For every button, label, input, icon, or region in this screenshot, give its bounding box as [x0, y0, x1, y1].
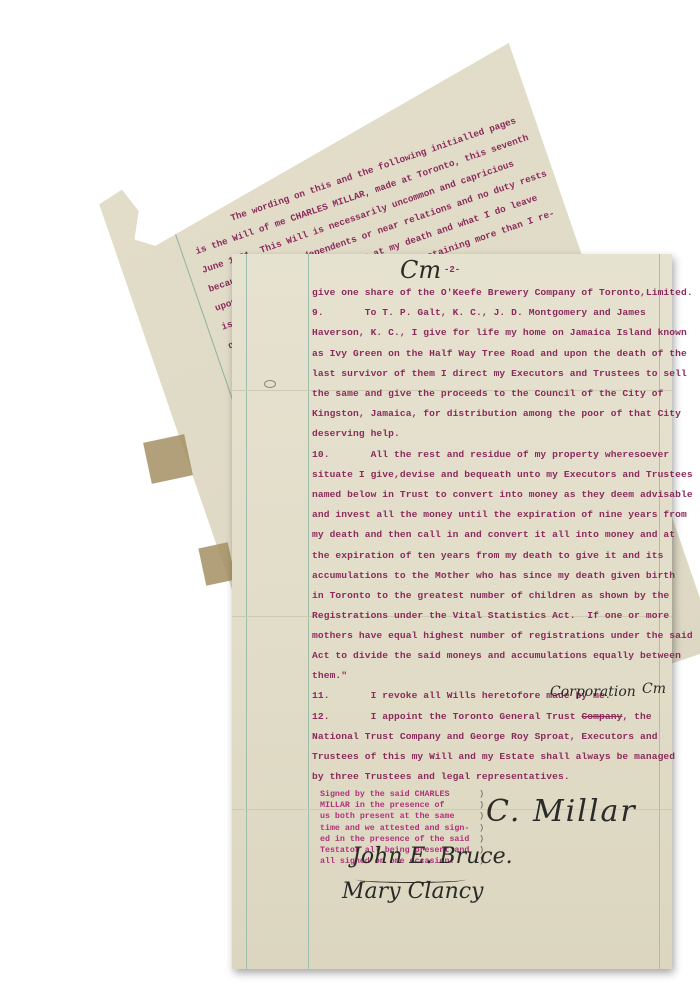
attestation-line: MILLAR in the presence of [320, 800, 469, 811]
page2-line: Registrations under the Vital Statistics… [312, 610, 669, 621]
amendment-initials: Cm [642, 681, 666, 697]
handwritten-amendment: Corporation [550, 684, 636, 700]
will-page-2: Cm -2- give one share of the O'Keefe Bre… [232, 254, 672, 969]
page-number: -2- [444, 265, 460, 275]
attestation-line: us both present at the same [320, 811, 469, 822]
page2-line: 12. I appoint the Toronto General Trust … [312, 711, 652, 722]
page2-line: my death and then call in and convert it… [312, 529, 675, 540]
page2-line: accumulations to the Mother who has sinc… [312, 570, 675, 581]
testator-signature: C. Millar [486, 794, 637, 829]
tape-stain [143, 434, 193, 484]
attestation-line: Signed by the said CHARLES [320, 789, 469, 800]
struck-word: Company [581, 711, 622, 722]
brace-mark: ) [479, 789, 484, 800]
margin-rule [246, 254, 247, 969]
clause-12-tail: , the [622, 711, 651, 722]
page2-line: 9. To T. P. Galt, K. C., J. D. Montgomer… [312, 307, 646, 318]
page2-line: Haverson, K. C., I give for life my home… [312, 327, 687, 338]
handwritten-initials: Cm [400, 256, 441, 284]
page2-line: National Trust Company and George Roy Sp… [312, 731, 658, 742]
page2-line: Trustees of this my Will and my Estate s… [312, 751, 675, 762]
page2-line: give one share of the O'Keefe Brewery Co… [312, 287, 693, 298]
page2-line: named below in Trust to convert into mon… [312, 489, 693, 500]
page2-line: mothers have equal highest number of reg… [312, 630, 693, 641]
page2-line: 10. All the rest and residue of my prope… [312, 449, 669, 460]
brace-mark: ) [479, 811, 484, 822]
page2-line: the expiration of ten years from my deat… [312, 550, 663, 561]
brace-mark: ) [479, 823, 484, 834]
brace-mark: ) [479, 800, 484, 811]
page2-line: deserving help. [312, 428, 400, 439]
page2-line: and invest all the money until the expir… [312, 509, 687, 520]
attestation-line: time and we attested and sign- [320, 823, 469, 834]
page2-line: situate I give,devise and bequeath unto … [312, 469, 693, 480]
witness-signature-bruce: John E. Bruce. [352, 844, 513, 869]
clause-12-text: 12. I appoint the Toronto General Trust [312, 711, 576, 722]
page2-line: them." [312, 670, 347, 681]
page2-line: Act to divide the said moneys and accumu… [312, 650, 681, 661]
paper-hole [264, 380, 276, 388]
page2-line: in Toronto to the greatest number of chi… [312, 590, 669, 601]
handwritten-initials: Cm 1 [247, 119, 322, 170]
page2-line: last survivor of them I direct my Execut… [312, 368, 687, 379]
margin-rule [308, 254, 309, 969]
witness-signature-clancy: Mary Clancy [342, 879, 484, 904]
page2-line: as Ivy Green on the Half Way Tree Road a… [312, 348, 687, 359]
page2-line: Kingston, Jamaica, for distribution amon… [312, 408, 681, 419]
page2-line: by three Trustees and legal representati… [312, 771, 570, 782]
page2-line: the same and give the proceeds to the Co… [312, 388, 663, 399]
